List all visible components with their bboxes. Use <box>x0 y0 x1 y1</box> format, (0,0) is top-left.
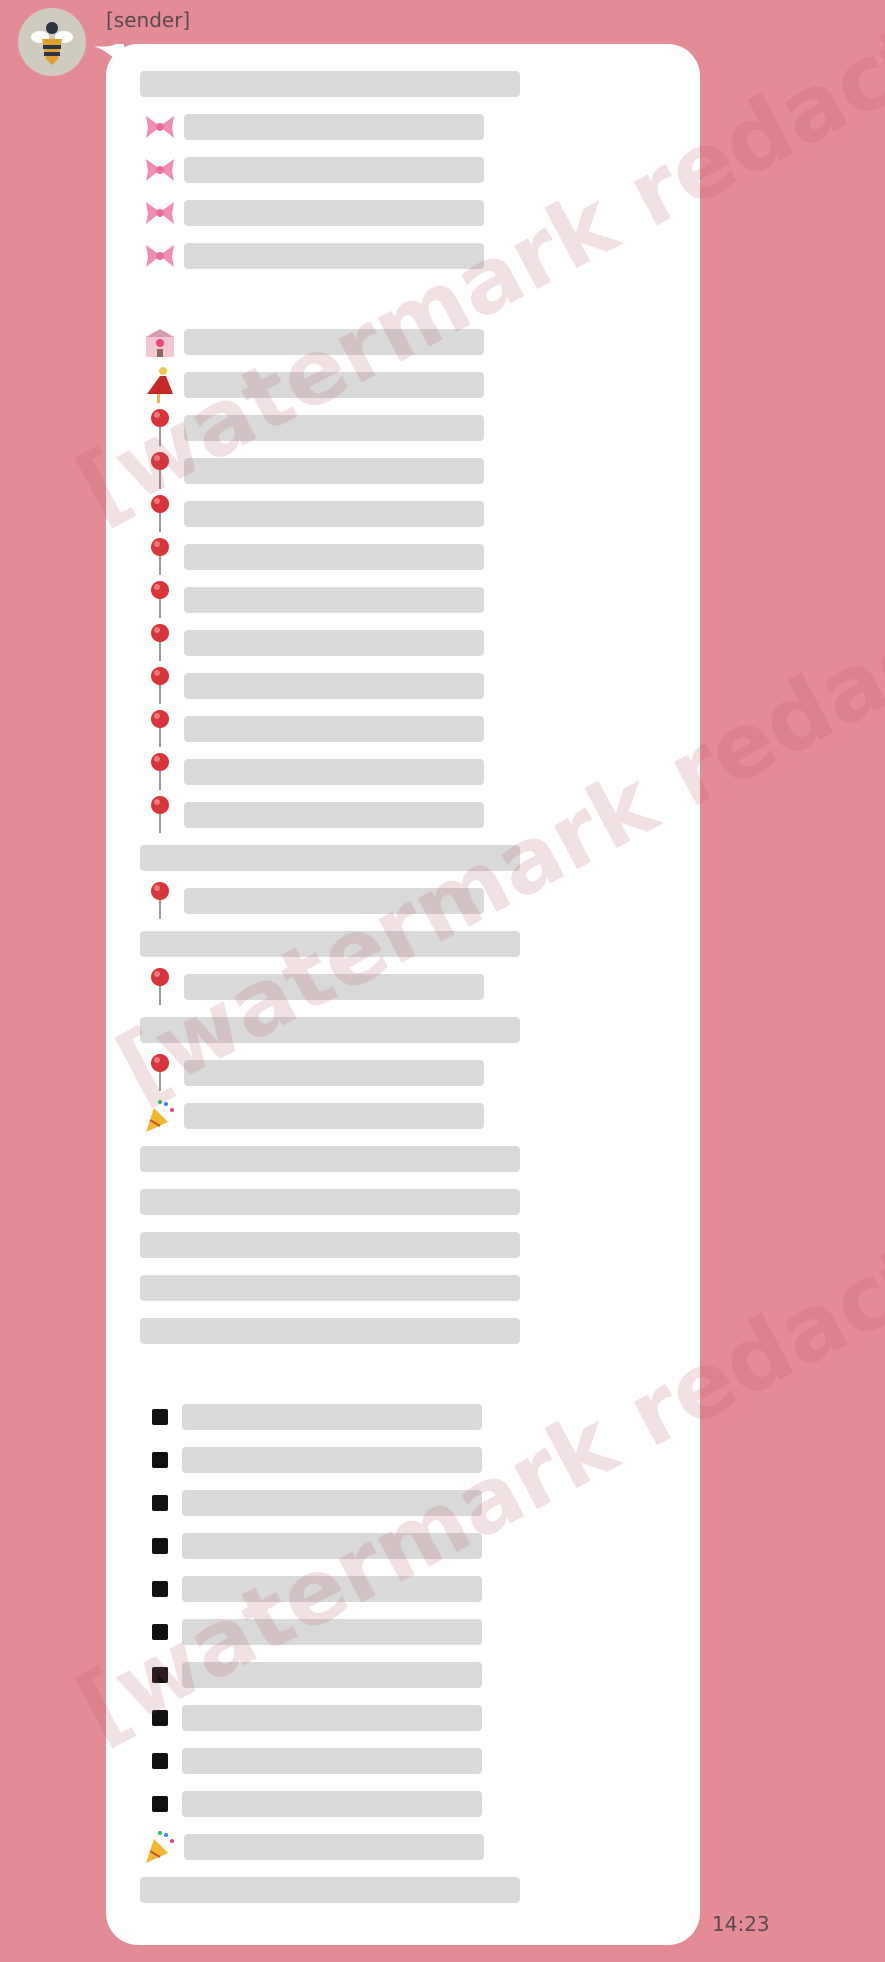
pin-icon <box>140 881 180 921</box>
redacted-text <box>182 1705 482 1731</box>
redacted-text <box>184 802 484 828</box>
message-line <box>140 1395 680 1438</box>
message-line <box>140 879 680 922</box>
redacted-text <box>140 1318 520 1344</box>
message-line <box>140 449 680 492</box>
redacted-text <box>184 759 484 785</box>
redacted-text <box>182 1404 482 1430</box>
square-icon <box>152 1581 168 1597</box>
message-line <box>140 62 680 105</box>
party-popper-icon <box>140 1098 180 1134</box>
redacted-text <box>140 1146 520 1172</box>
message-line <box>140 1825 680 1868</box>
square-icon <box>152 1452 168 1468</box>
message-line <box>140 1008 680 1051</box>
redacted-text <box>140 1189 520 1215</box>
pin-icon <box>140 795 180 835</box>
redacted-text <box>184 329 484 355</box>
sender-name: [sender] <box>106 8 190 32</box>
pin-icon <box>140 709 180 749</box>
building-icon <box>140 325 180 359</box>
message-line <box>140 1653 680 1696</box>
redacted-text <box>140 71 520 97</box>
message-line <box>140 1137 680 1180</box>
message-line <box>140 707 680 750</box>
redacted-text <box>184 544 484 570</box>
redacted-text <box>184 157 484 183</box>
message-line <box>140 1180 680 1223</box>
pin-icon <box>140 752 180 792</box>
redacted-text <box>140 1275 520 1301</box>
message-line <box>140 965 680 1008</box>
message-line <box>140 1610 680 1653</box>
square-icon <box>152 1538 168 1554</box>
avatar[interactable] <box>18 8 86 76</box>
redacted-text <box>182 1791 482 1817</box>
redacted-text <box>184 716 484 742</box>
message-line <box>140 148 680 191</box>
bow-icon <box>140 157 180 183</box>
pin-icon <box>140 666 180 706</box>
message-line <box>140 535 680 578</box>
redacted-text <box>140 845 520 871</box>
message-line <box>140 234 680 277</box>
redacted-text <box>184 587 484 613</box>
redacted-text <box>140 1232 520 1258</box>
redacted-text <box>184 200 484 226</box>
bee-icon <box>30 17 74 67</box>
redacted-text <box>182 1490 482 1516</box>
redacted-text <box>184 114 484 140</box>
redacted-text <box>182 1619 482 1645</box>
pin-icon <box>140 451 180 491</box>
message-line <box>140 621 680 664</box>
redacted-text <box>182 1748 482 1774</box>
redacted-text <box>182 1576 482 1602</box>
message-line <box>140 1266 680 1309</box>
redacted-text <box>184 372 484 398</box>
pin-icon <box>140 408 180 448</box>
message-line <box>140 363 680 406</box>
message-line <box>140 836 680 879</box>
message-line <box>140 1094 680 1137</box>
redacted-text <box>140 1017 520 1043</box>
message-bubble[interactable] <box>106 44 700 1945</box>
redacted-text <box>182 1533 482 1559</box>
message-line <box>140 1567 680 1610</box>
message-line <box>140 578 680 621</box>
message-timestamp: 14:23 <box>712 1912 770 1936</box>
message-line <box>140 1309 680 1352</box>
redacted-text <box>184 458 484 484</box>
square-icon <box>152 1409 168 1425</box>
square-icon <box>152 1753 168 1769</box>
message-line <box>140 664 680 707</box>
redacted-text <box>184 974 484 1000</box>
message-line <box>140 793 680 836</box>
message-line <box>140 1739 680 1782</box>
square-icon <box>152 1667 168 1683</box>
pin-icon <box>140 580 180 620</box>
message-line <box>140 1481 680 1524</box>
pin-icon <box>140 494 180 534</box>
redacted-text <box>184 501 484 527</box>
message-line <box>140 1223 680 1266</box>
pin-icon <box>140 1053 180 1093</box>
redacted-text <box>184 630 484 656</box>
redacted-text <box>184 1103 484 1129</box>
message-line <box>140 750 680 793</box>
redacted-text <box>184 243 484 269</box>
message-line <box>140 105 680 148</box>
party-popper-icon <box>140 1829 180 1865</box>
pin-icon <box>140 967 180 1007</box>
message-line <box>140 1352 680 1395</box>
square-icon <box>152 1495 168 1511</box>
bow-icon <box>140 114 180 140</box>
message-line <box>140 191 680 234</box>
redacted-text <box>182 1447 482 1473</box>
message-line <box>140 922 680 965</box>
redacted-text <box>184 673 484 699</box>
message-line <box>140 1782 680 1825</box>
message-line <box>140 1438 680 1481</box>
redacted-text <box>184 1834 484 1860</box>
message-line <box>140 1051 680 1094</box>
message-line <box>140 277 680 320</box>
square-icon <box>152 1624 168 1640</box>
message-line <box>140 1524 680 1567</box>
redacted-text <box>140 1877 520 1903</box>
pin-icon <box>140 537 180 577</box>
bow-icon <box>140 243 180 269</box>
redacted-text <box>182 1662 482 1688</box>
message-line <box>140 492 680 535</box>
dancer-icon <box>140 366 180 404</box>
redacted-text <box>184 888 484 914</box>
square-icon <box>152 1710 168 1726</box>
bow-icon <box>140 200 180 226</box>
redacted-text <box>184 415 484 441</box>
message-line <box>140 1696 680 1739</box>
message-line <box>140 406 680 449</box>
redacted-text <box>184 1060 484 1086</box>
pin-icon <box>140 623 180 663</box>
redacted-text <box>140 931 520 957</box>
message-line <box>140 1868 680 1911</box>
square-icon <box>152 1796 168 1812</box>
message-line <box>140 320 680 363</box>
